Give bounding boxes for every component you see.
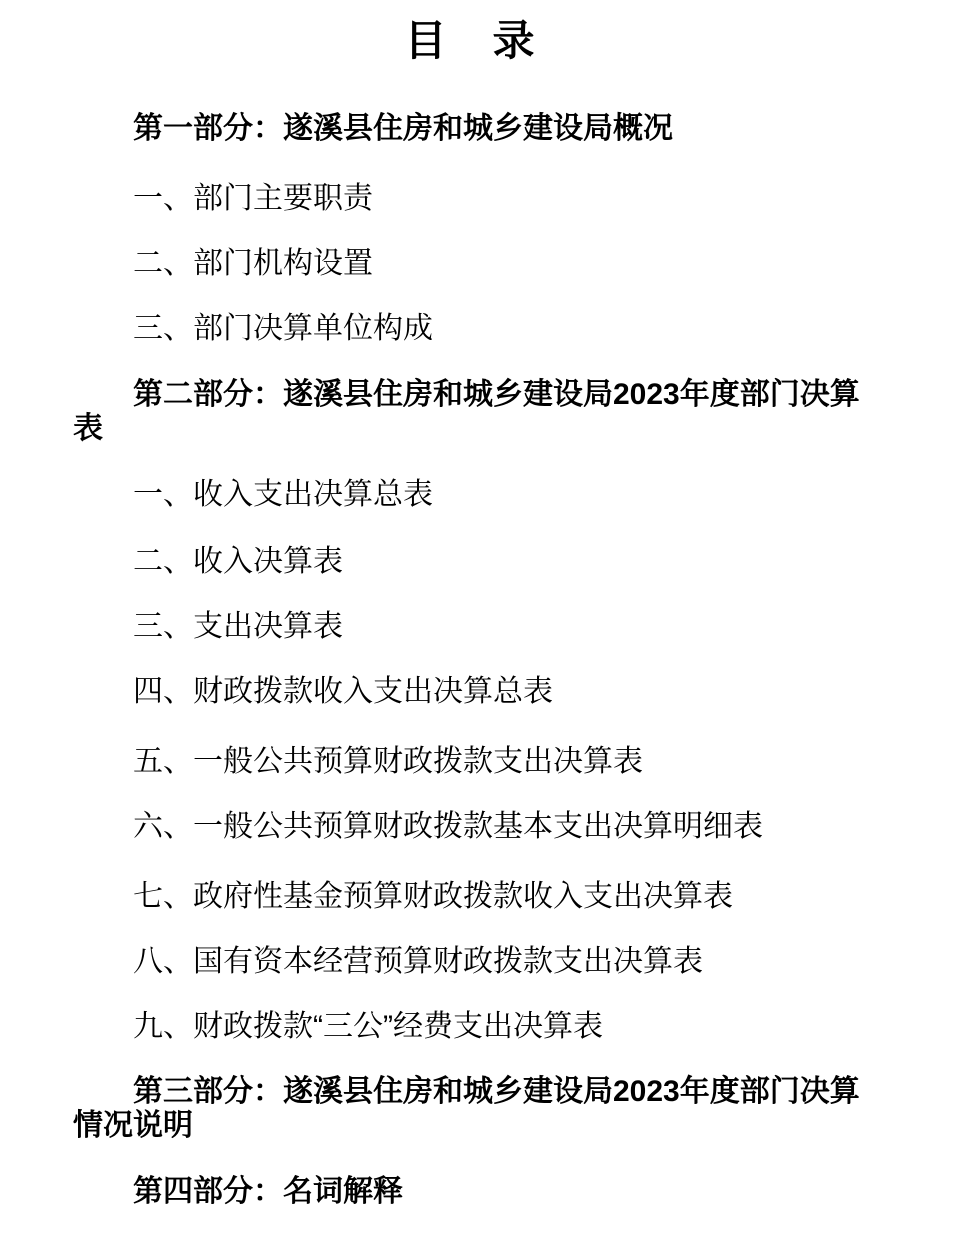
toc-item: 九、财政拨款“三公”经费支出决算表	[73, 1010, 868, 1044]
toc-item: 二、收入决算表	[73, 545, 868, 579]
page-title: 目 录	[73, 16, 868, 66]
toc-item: 三、部门决算单位构成	[73, 312, 868, 346]
toc-item: 一、部门主要职责	[73, 182, 868, 216]
toc-item: 八、国有资本经营预算财政拨款支出决算表	[73, 945, 868, 979]
toc-item: 一、收入支出决算总表	[73, 478, 868, 512]
toc-item: 五、一般公共预算财政拨款支出决算表	[73, 745, 868, 779]
toc-item: 六、一般公共预算财政拨款基本支出决算明细表	[73, 810, 868, 844]
toc-item: 四、财政拨款收入支出决算总表	[73, 675, 868, 709]
toc-heading-part-1: 第一部分：遂溪县住房和城乡建设局概况	[73, 112, 868, 146]
toc-heading-part-2: 第二部分：遂溪县住房和城乡建设局2023年度部门决算表	[73, 378, 868, 446]
toc-item: 七、政府性基金预算财政拨款收入支出决算表	[73, 880, 868, 914]
toc-item: 二、部门机构设置	[73, 247, 868, 281]
toc-item: 三、支出决算表	[73, 610, 868, 644]
toc-heading-part-3: 第三部分：遂溪县住房和城乡建设局2023年度部门决算情况说明	[73, 1075, 868, 1143]
document-page: 目 录 第一部分：遂溪县住房和城乡建设局概况 一、部门主要职责 二、部门机构设置…	[0, 0, 965, 1237]
toc-heading-part-4: 第四部分：名词解释	[73, 1175, 868, 1209]
